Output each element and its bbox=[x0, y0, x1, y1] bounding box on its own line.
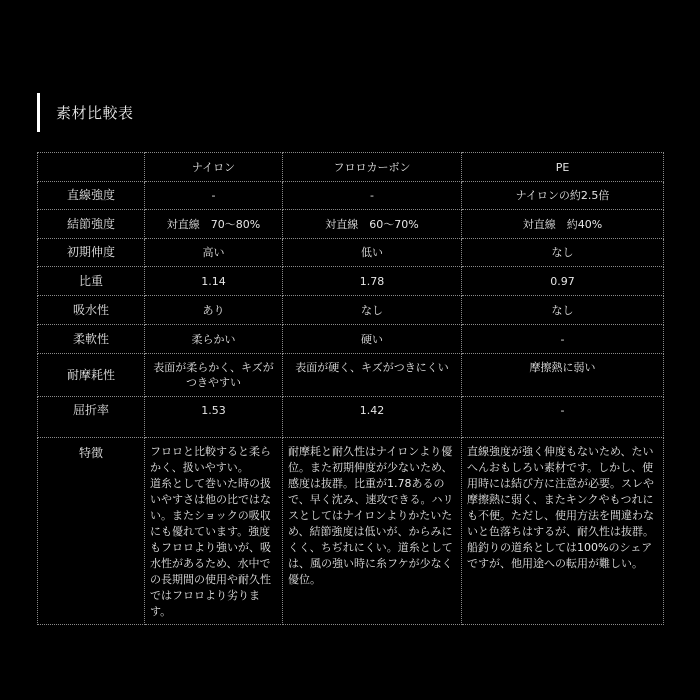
cell-fluorocarbon: 表面が硬く、キズがつきにくい bbox=[283, 354, 462, 397]
table-row-features: 特徴 フロロと比較すると柔らかく、扱いやすい。 道糸として巻いた時の扱いやすさは… bbox=[38, 438, 664, 625]
header-fluorocarbon: フロロカーボン bbox=[283, 153, 462, 182]
table-row: 柔軟性 柔らかい 硬い - bbox=[38, 325, 664, 354]
row-label: 柔軟性 bbox=[38, 325, 145, 354]
cell-fluorocarbon: 硬い bbox=[283, 325, 462, 354]
table-row: 結節強度 対直線 70～80% 対直線 60～70% 対直線 約40% bbox=[38, 210, 664, 239]
cell-fluorocarbon: 対直線 60～70% bbox=[283, 210, 462, 239]
table-header-row: ナイロン フロロカーボン PE bbox=[38, 153, 664, 182]
row-label: 比重 bbox=[38, 267, 145, 296]
cell-pe: なし bbox=[462, 239, 664, 267]
cell-pe: 対直線 約40% bbox=[462, 210, 664, 239]
header-nylon: ナイロン bbox=[145, 153, 283, 182]
table-row: 比重 1.14 1.78 0.97 bbox=[38, 267, 664, 296]
cell-pe-features: 直線強度が強く伸度もないため、たいへんおもしろい素材です。しかし、使用時には結び… bbox=[462, 438, 664, 625]
row-label: 吸水性 bbox=[38, 296, 145, 325]
cell-fluorocarbon: 1.42 bbox=[283, 397, 462, 438]
row-label: 耐摩耗性 bbox=[38, 354, 145, 397]
row-label: 直線強度 bbox=[38, 182, 145, 210]
cell-nylon: 1.53 bbox=[145, 397, 283, 438]
cell-nylon: 1.14 bbox=[145, 267, 283, 296]
cell-fluorocarbon: なし bbox=[283, 296, 462, 325]
row-label: 結節強度 bbox=[38, 210, 145, 239]
cell-pe: 摩擦熱に弱い bbox=[462, 354, 664, 397]
cell-nylon: 高い bbox=[145, 239, 283, 267]
heading-accent-bar bbox=[37, 93, 40, 132]
cell-nylon-features: フロロと比較すると柔らかく、扱いやすい。 道糸として巻いた時の扱いやすさは他の比… bbox=[145, 438, 283, 625]
cell-fluorocarbon: 1.78 bbox=[283, 267, 462, 296]
table-row: 屈折率 1.53 1.42 - bbox=[38, 397, 664, 438]
cell-fluorocarbon-features: 耐摩耗と耐久性はナイロンより優位。また初期伸度が少ないため、感度は抜群。比重が1… bbox=[283, 438, 462, 625]
row-label: 特徴 bbox=[38, 438, 145, 625]
cell-pe: 0.97 bbox=[462, 267, 664, 296]
header-empty bbox=[38, 153, 145, 182]
cell-nylon: - bbox=[145, 182, 283, 210]
table-row: 吸水性 あり なし なし bbox=[38, 296, 664, 325]
row-label: 初期伸度 bbox=[38, 239, 145, 267]
table-row: 耐摩耗性 表面が柔らかく、キズがつきやすい 表面が硬く、キズがつきにくい 摩擦熱… bbox=[38, 354, 664, 397]
table-row: 直線強度 - - ナイロンの約2.5倍 bbox=[38, 182, 664, 210]
cell-fluorocarbon: - bbox=[283, 182, 462, 210]
row-label: 屈折率 bbox=[38, 397, 145, 438]
cell-nylon: 対直線 70～80% bbox=[145, 210, 283, 239]
cell-pe: ナイロンの約2.5倍 bbox=[462, 182, 664, 210]
cell-fluorocarbon: 低い bbox=[283, 239, 462, 267]
table-row: 初期伸度 高い 低い なし bbox=[38, 239, 664, 267]
section-heading: 素材比較表 bbox=[37, 93, 134, 132]
section-title: 素材比較表 bbox=[56, 102, 134, 123]
header-pe: PE bbox=[462, 153, 664, 182]
material-comparison-table: ナイロン フロロカーボン PE 直線強度 - - ナイロンの約2.5倍 結節強度… bbox=[37, 152, 664, 625]
cell-pe: - bbox=[462, 325, 664, 354]
cell-pe: - bbox=[462, 397, 664, 438]
cell-nylon: 表面が柔らかく、キズがつきやすい bbox=[145, 354, 283, 397]
cell-pe: なし bbox=[462, 296, 664, 325]
cell-nylon: あり bbox=[145, 296, 283, 325]
cell-nylon: 柔らかい bbox=[145, 325, 283, 354]
